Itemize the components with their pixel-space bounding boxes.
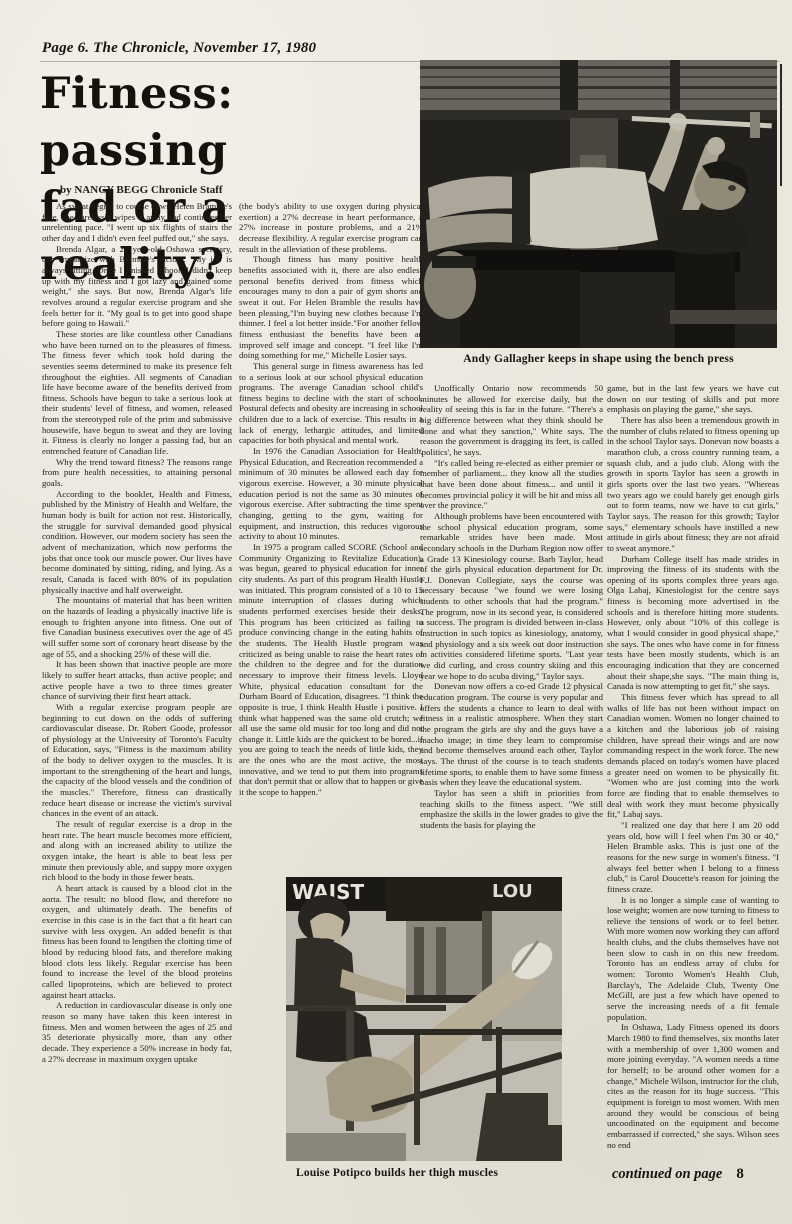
bench-press-photo-art: [420, 60, 777, 348]
page-edge-rule: [780, 64, 782, 186]
article-paragraph: game, but in the last few years we have …: [607, 383, 779, 415]
article-paragraph: Although problems have been encountered …: [420, 511, 603, 682]
article-paragraph: This general surge in fitness awareness …: [239, 361, 423, 446]
continued-on-page: continued on page8: [612, 1166, 782, 1183]
article-paragraph: Unoffically Ontario now recommends 50 mi…: [420, 383, 603, 458]
article-paragraph: Why the trend toward fitness? The reason…: [42, 457, 232, 489]
article-paragraph: A heart attack is caused by a blood clot…: [42, 883, 232, 1000]
thigh-exercise-caption: Louise Potipco builds her thigh muscles: [296, 1167, 572, 1179]
bench-press-photo: [420, 60, 777, 348]
continued-label: continued on page: [612, 1166, 722, 1182]
headline-line-1: Fitness: passing: [40, 66, 428, 180]
article-paragraph: The mountains of material that has been …: [42, 595, 232, 659]
article-paragraph: There has also been a tremendous growth …: [607, 415, 779, 554]
article-paragraph: According to the booklet, Health and Fit…: [42, 489, 232, 596]
article-paragraph: It has been shown that inactive people a…: [42, 659, 232, 702]
article-paragraph: As sweat begins to course down Helen Bra…: [42, 201, 232, 244]
article-column-4: game, but in the last few years we have …: [607, 383, 779, 1155]
article-paragraph: This fitness fever which has spread to a…: [607, 692, 779, 820]
article-paragraph: These stories are like countless other C…: [42, 329, 232, 457]
article-paragraph: Though fitness has many positive health …: [239, 254, 423, 361]
article-paragraph: In 1975 a program called SCORE (School a…: [239, 542, 423, 798]
bench-press-caption: Andy Gallagher keeps in shape using the …: [420, 353, 777, 365]
article-column-2: (the body's ability to use oxygen during…: [239, 201, 423, 873]
thigh-exercise-photo: WAIST LOU: [286, 877, 562, 1161]
thigh-exercise-photo-art: WAIST LOU: [286, 877, 562, 1161]
masthead: Page 6. The Chronicle, November 17, 1980: [42, 40, 522, 57]
newspaper-page: Page 6. The Chronicle, November 17, 1980…: [0, 0, 792, 1224]
article-paragraph: With a regular exercise program people a…: [42, 702, 232, 819]
article-paragraph: Donevan now offers a co-ed Grade 12 phys…: [420, 681, 603, 788]
article-paragraph: Durham College itself has made strides i…: [607, 554, 779, 693]
article-paragraph: It is no longer a simple case of wanting…: [607, 895, 779, 1023]
article-paragraph: Brenda Algar, a 21 year-old Oshawa secre…: [42, 244, 232, 329]
continued-page-number: 8: [736, 1166, 744, 1183]
article-paragraph: (the body's ability to use oxygen during…: [239, 201, 423, 254]
article-paragraph: In 1976 the Canadian Association for Hea…: [239, 446, 423, 542]
article-column-1: As sweat begins to course down Helen Bra…: [42, 201, 232, 1206]
article-column-3: Unoffically Ontario now recommends 50 mi…: [420, 383, 603, 873]
byline: by NANCY BEGG Chronicle Staff: [60, 184, 360, 196]
article-paragraph: In Oshawa, Lady Fitness opened its doors…: [607, 1022, 779, 1150]
article-paragraph: Taylor has seen a shift in priorities fr…: [420, 788, 603, 831]
article-paragraph: "It's called being re-elected as either …: [420, 458, 603, 511]
article-paragraph: The result of regular exercise is a drop…: [42, 819, 232, 883]
article-paragraph: A reduction in cardiovascular disease is…: [42, 1000, 232, 1064]
article-paragraph: "I realized one day that here I am 20 od…: [607, 820, 779, 895]
